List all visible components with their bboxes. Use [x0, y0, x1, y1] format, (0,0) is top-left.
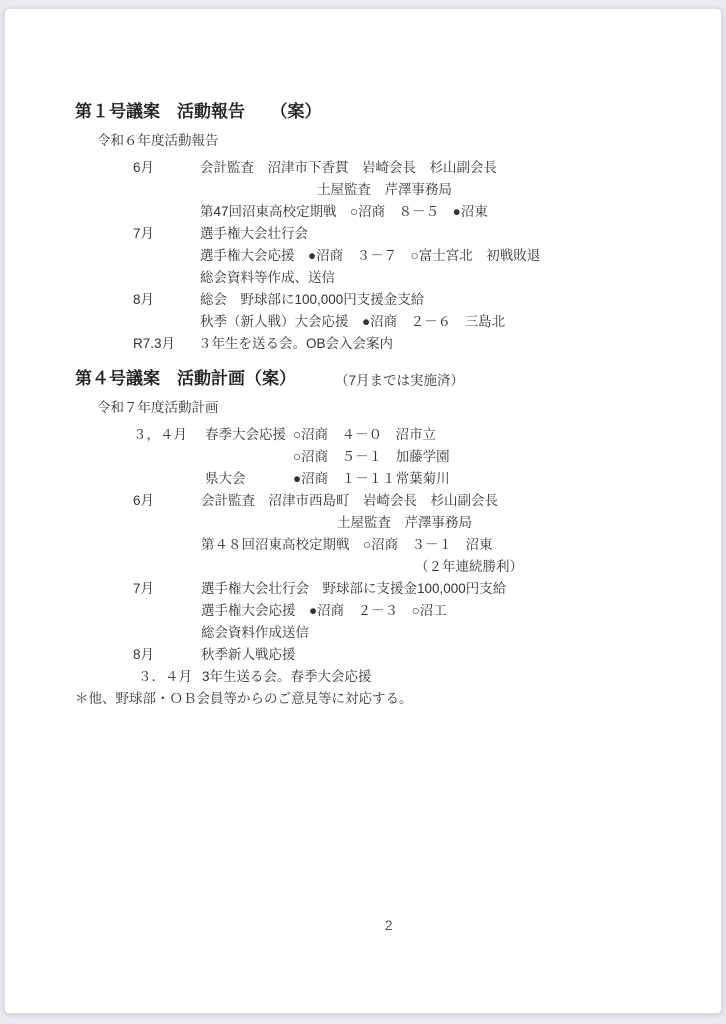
month-label: ３，４月: [133, 426, 187, 443]
row-text: 選手権大会壮行会 野球部に支援金100,000円支給: [201, 580, 506, 597]
row-text: 秋季新人戦応援: [201, 646, 296, 663]
footnote: ＊他、野球部・ＯＢ会員等からのご意見等に対応する。: [75, 690, 413, 707]
month-label: ３．４月: [138, 668, 192, 685]
row-label: 県大会: [205, 470, 246, 487]
row-label: 春季大会応援: [205, 426, 286, 443]
row-text: 土屋監査 芹澤事務局: [337, 514, 472, 531]
row-text: 3年生送る会。春季大会応援: [202, 668, 372, 685]
document-page: 第１号議案 活動報告 （案） 令和６年度活動報告 6月 会計監査 沼津市下香貫 …: [4, 8, 722, 1014]
row-score: ●沼商 １－１１常葉菊川: [293, 470, 450, 487]
row-text: （２年連続勝利）: [415, 558, 523, 575]
month-label: 6月: [133, 492, 154, 509]
month-label: R7.3月: [133, 335, 175, 352]
page-number: 2: [385, 917, 393, 934]
row-text: 選手権大会応援 ●沼商 ３－７ ○富士宮北 初戦敗退: [200, 247, 540, 264]
month-label: 8月: [133, 291, 154, 308]
row-text: 第47回沼東高校定期戦 ○沼商 ８－５ ●沼東: [200, 203, 488, 220]
row-text: 総会資料作成送信: [201, 624, 309, 641]
row-text: 会計監査 沼津市下香貫 岩崎会長 杉山副会長: [200, 159, 497, 176]
row-text: 選手権大会応援 ●沼商 ２－３ ○沼工: [201, 602, 447, 619]
row-text: 会計監査 沼津市西島町 岩崎会長 杉山副会長: [201, 492, 498, 509]
month-label: 7月: [133, 580, 154, 597]
row-score: ○沼商 ４－０ 沼市立: [293, 426, 436, 443]
section2-title-note: （7月までは実施済）: [335, 372, 464, 389]
row-text: 土屋監査 芹澤事務局: [317, 181, 452, 198]
section2-title: 第４号議案 活動計画（案）: [75, 369, 296, 389]
row-text: 選手権大会壮行会: [200, 225, 308, 242]
month-label: 6月: [133, 159, 154, 176]
section1-title: 第１号議案 活動報告 （案）: [75, 102, 322, 122]
row-text: 秋季（新人戦）大会応援 ●沼商 ２－６ 三島北: [200, 313, 505, 330]
row-score: ○沼商 ５－１ 加藤学園: [293, 448, 450, 465]
row-text: 総会資料等作成、送信: [200, 269, 335, 286]
row-text: ３年生を送る会。OB会入会案内: [198, 335, 393, 352]
section2-subtitle: 令和７年度活動計画: [97, 399, 219, 416]
row-text: 総会 野球部に100,000円支援金支給: [200, 291, 424, 308]
month-label: 8月: [133, 646, 154, 663]
row-text: 第４８回沼東高校定期戦 ○沼商 ３－１ 沼東: [201, 536, 493, 553]
section1-subtitle: 令和６年度活動報告: [97, 132, 219, 149]
month-label: 7月: [133, 225, 154, 242]
